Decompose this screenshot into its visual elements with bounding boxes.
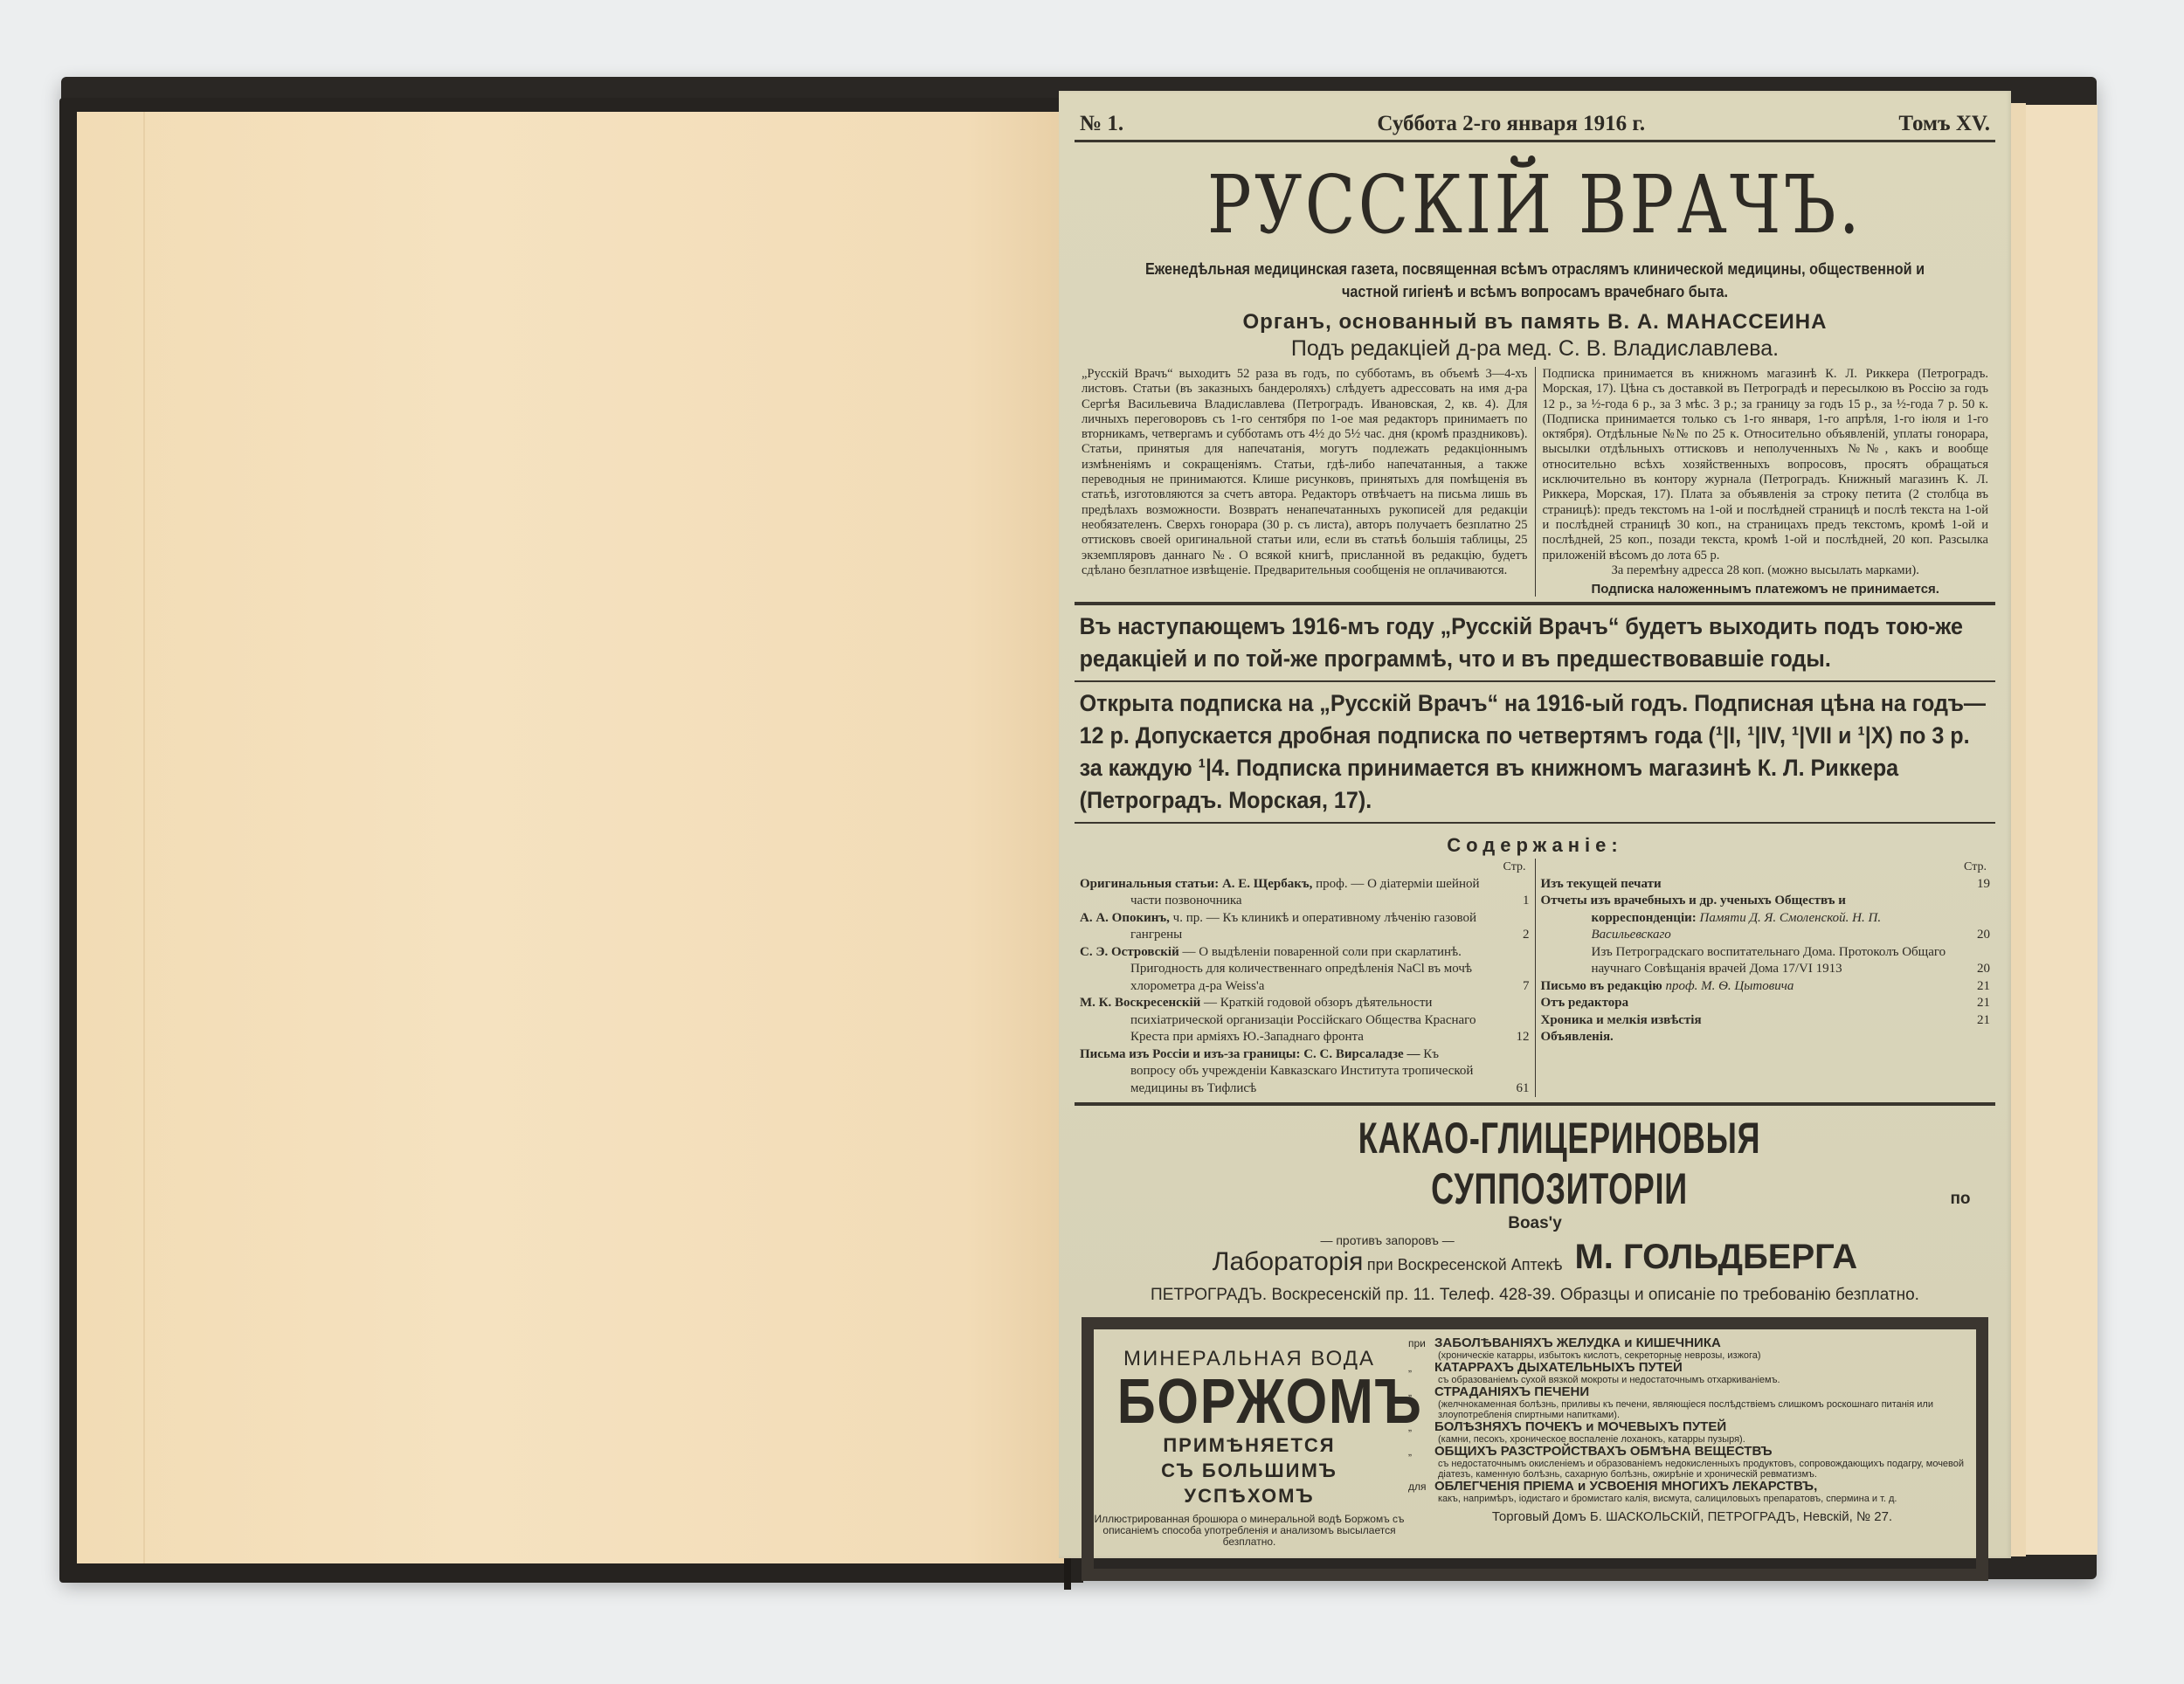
subscription-announcement: Открыта подписка на „Русскій Врачъ“ на 1… (1075, 687, 2001, 817)
contents-entry: Объявленія. (1541, 1029, 1991, 1046)
borjom-brand: БОРЖОМЪ (1117, 1371, 1382, 1432)
contents-entry: М. К. Воскресенскій — Краткій годовой об… (1080, 995, 1530, 1046)
issue-date: Суббота 2-го января 1916 г. (1377, 112, 1645, 136)
contents-entry: Изъ текущей печати19 (1541, 876, 1991, 894)
cod-notice: Подписка наложеннымъ платежомъ не приним… (1543, 582, 1989, 597)
volume-number: Томъ XV. (1898, 112, 1990, 136)
contents-entry: С. Э. Островскій — О выдѣленіи поваренно… (1080, 944, 1530, 996)
contents-entry: Изъ Петроградскаго воспитательнаго Дома.… (1541, 944, 1991, 978)
newspaper-page: № 1. Суббота 2-го января 1916 г. Томъ XV… (1059, 91, 2011, 1558)
contents-entry: Отчеты изъ врачебныхъ и др. ученыхъ Обще… (1541, 893, 1991, 944)
ad-headline: КАКАО-ГЛИЦЕРИНОВЫЯ СУППОЗИТОРІИ (1228, 1113, 1891, 1214)
contents-entry: Письмо въ редакцію проф. М. Ѳ. Цытовича2… (1541, 978, 1991, 996)
editor-line: Подъ редакціей д-ра мед. С. В. Владислав… (1075, 336, 1995, 362)
divider (1075, 1102, 1995, 1106)
contents-entry: Письма изъ Россіи и изъ-за границы: С. С… (1080, 1046, 1530, 1098)
organ-line: Органъ, основанный въ память В. А. МАНАС… (1075, 310, 1995, 335)
table-of-contents: Стр. Оригинальныя статьи: А. Е. Щербакъ,… (1075, 859, 1995, 1097)
newspaper-subtitle: Еженедѣльная медицинская газета, посвяще… (1129, 258, 1942, 303)
address-change-note: За перемѣну адресса 28 коп. (можно высыл… (1543, 563, 1989, 578)
blank-endpaper (77, 112, 1064, 1563)
contents-title: Содержаніе: (1075, 834, 1995, 857)
subscription-terms: Подписка принимается въ книжномъ магазин… (1543, 367, 1989, 563)
contents-entry: А. А. Опокинъ, ч. пр. — Къ клиникѣ и опе… (1080, 910, 1530, 944)
masthead-header: № 1. Суббота 2-го января 1916 г. Томъ XV… (1075, 91, 1995, 142)
contents-left-column: Стр. Оригинальныя статьи: А. Е. Щербакъ,… (1075, 859, 1535, 1097)
contents-entry: Отъ редактора21 (1541, 995, 1991, 1012)
page-column-label: Стр. (1080, 859, 1530, 876)
publication-notice: „Русскій Врачъ“ выходитъ 52 раза въ годъ… (1075, 367, 1995, 597)
divider (1075, 602, 1995, 605)
borjom-advertisement: МИНЕРАЛЬНАЯ ВОДА БОРЖОМЪ ПРИМѢНЯЕТСЯ СЪ … (1082, 1317, 1988, 1581)
issue-number: № 1. (1080, 112, 1123, 136)
contents-entry: Хроника и мелкія извѣстія21 (1541, 1012, 1991, 1030)
notice-right-column: Подписка принимается въ книжномъ магазин… (1535, 367, 1996, 597)
contents-entry: Оригинальныя статьи: А. Е. Щербакъ, проф… (1080, 876, 1530, 910)
trader-line: Торговый Домъ Б. ШАСКОЛЬСКІЙ, ПЕТРОГРАДЪ… (1408, 1509, 1976, 1524)
endpaper-fold (143, 112, 145, 1563)
ad-pharmacy-name: М. ГОЛЬДБЕРГА (1574, 1238, 1857, 1277)
notice-left-column: „Русскій Врачъ“ выходитъ 52 раза въ годъ… (1075, 367, 1535, 597)
goldberg-advertisement: КАКАО-ГЛИЦЕРИНОВЫЯ СУППОЗИТОРІИпо Boas'у… (1075, 1113, 1995, 1305)
contents-right-column: Стр. Изъ текущей печати19 Отчеты изъ вра… (1535, 859, 1996, 1097)
announcement-1916: Въ наступающемъ 1916-мъ году „Русскій Вр… (1075, 611, 2001, 675)
divider (1075, 680, 1995, 682)
divider (1075, 822, 1995, 824)
page-column-label: Стр. (1541, 859, 1991, 876)
page-edge (2018, 105, 2098, 1555)
ad-address: ПЕТРОГРАДЪ. Воскресенскій пр. 11. Телеф.… (1075, 1286, 1995, 1305)
newspaper-title: РУССКІЙ ВРАЧЪ. (1158, 165, 1912, 245)
